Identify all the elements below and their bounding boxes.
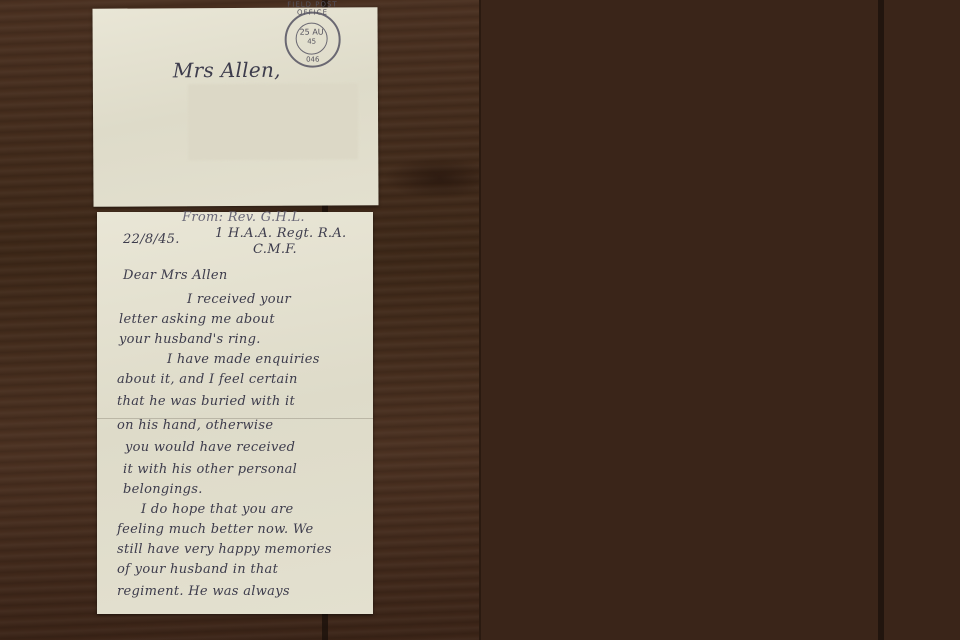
- right-photo: very popular with both officers and ever…: [480, 0, 960, 640]
- letter-line: regiment. He was always: [117, 584, 290, 599]
- letter-line: letter asking me about: [119, 312, 275, 327]
- postmark-date: 25 AU: [297, 28, 327, 38]
- table-board-seam: [878, 0, 884, 640]
- postmark-ring-text: FIELD POST OFFICE: [282, 0, 342, 16]
- letter-line: I received your: [187, 292, 291, 307]
- letter-line: still have very happy memories: [117, 542, 332, 557]
- letter-line: that he was buried with it: [117, 394, 295, 409]
- left-photo: FIELD POST OFFICE 25 AU 45 046 Mrs Allen…: [0, 0, 480, 640]
- postmark-year: 45: [297, 38, 327, 46]
- letter-unit: 1 H.A.A. Regt. R.A.: [215, 226, 346, 241]
- envelope: FIELD POST OFFICE 25 AU 45 046 Mrs Allen…: [92, 7, 378, 206]
- letter-line: feeling much better now. We: [117, 522, 313, 537]
- letter-line: I do hope that you are: [141, 502, 294, 517]
- letter-line: you would have received: [125, 440, 295, 455]
- envelope-addressee: Mrs Allen,: [173, 58, 281, 83]
- redacted-address: [188, 83, 358, 160]
- letter-date: 22/8/45.: [123, 232, 180, 247]
- letter-line: on his hand, otherwise: [117, 418, 273, 433]
- letter-page-1: From: Rev. G.H.L. 1 H.A.A. Regt. R.A. C.…: [97, 212, 373, 614]
- letter-line: belongings.: [123, 482, 203, 497]
- letter-location: C.M.F.: [253, 242, 297, 257]
- letter-line: it with his other personal: [123, 462, 297, 477]
- postmark-number: 046: [287, 55, 339, 63]
- letter-line: of your husband in that: [117, 562, 278, 577]
- letter-line: about it, and I feel certain: [117, 372, 298, 387]
- letter-from-line: From: Rev. G.H.L.: [182, 210, 305, 225]
- field-post-office-postmark: FIELD POST OFFICE 25 AU 45 046: [285, 11, 341, 67]
- letter-line: I have made enquiries: [167, 352, 320, 367]
- letter-line: your husband's ring.: [119, 332, 261, 347]
- letter-salutation: Dear Mrs Allen: [123, 268, 228, 283]
